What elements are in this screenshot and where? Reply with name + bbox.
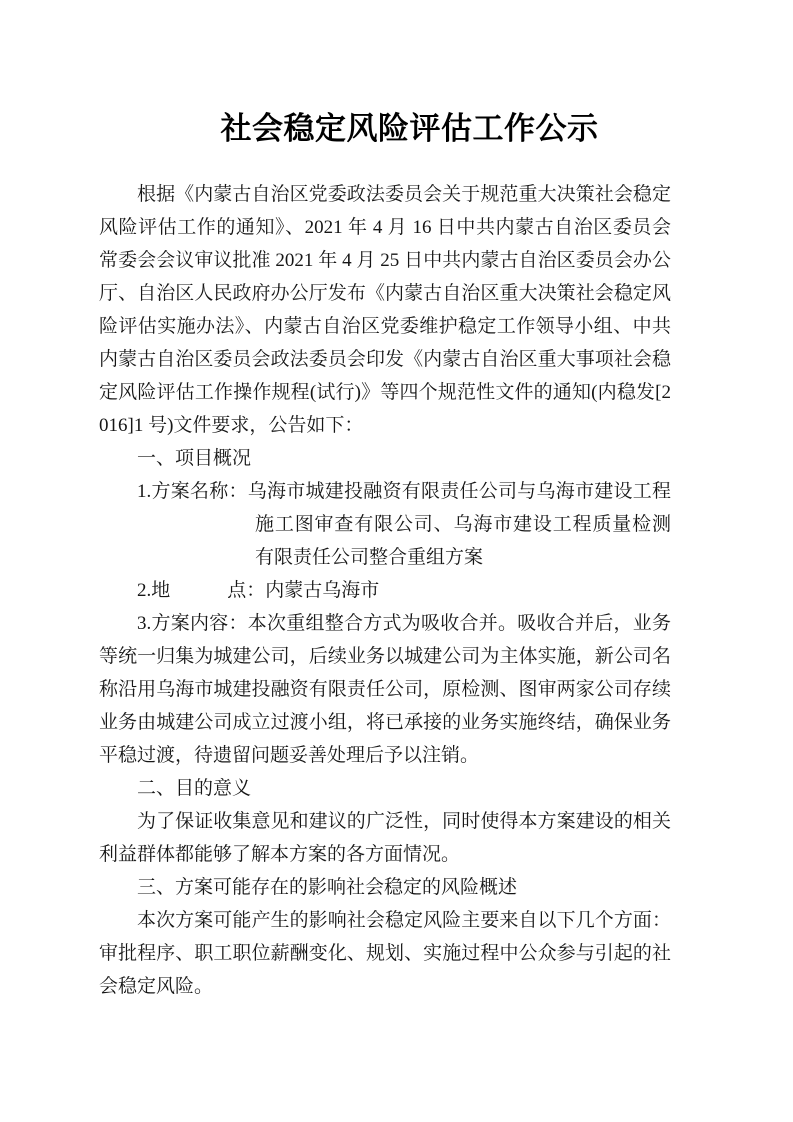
list-item-plan-name: 1.方案名称：乌海市城建投融资有限责任公司与乌海市建设工程施工图审查有限公司、乌…	[99, 475, 671, 574]
document-page: 社会稳定风险评估工作公示 根据《内蒙古自治区党委政法委员会关于规范重大决策社会稳…	[0, 0, 793, 1122]
section-heading-purpose: 二、目的意义	[99, 772, 671, 805]
section-heading-project-overview: 一、项目概况	[99, 442, 671, 475]
paragraph-purpose: 为了保证收集意见和建议的广泛性，同时使得本方案建设的相关利益群体都能够了解本方案…	[99, 805, 671, 871]
document-title: 社会稳定风险评估工作公示	[26, 107, 793, 151]
paragraph-risk-summary: 本次方案可能产生的影响社会稳定风险主要来自以下几个方面：审批程序、职工职位薪酬变…	[99, 904, 671, 1003]
paragraph-plan-content: 3.方案内容：本次重组整合方式为吸收合并。吸收合并后，业务等统一归集为城建公司，…	[99, 607, 671, 772]
paragraph-legal-basis: 根据《内蒙古自治区党委政法委员会关于规范重大决策社会稳定风险评估工作的通知》、2…	[99, 178, 671, 442]
document-body: 根据《内蒙古自治区党委政法委员会关于规范重大决策社会稳定风险评估工作的通知》、2…	[99, 178, 671, 1003]
list-item-location: 2.地 点：内蒙古乌海市	[99, 574, 671, 607]
section-heading-risk-overview: 三、方案可能存在的影响社会稳定的风险概述	[99, 871, 671, 904]
